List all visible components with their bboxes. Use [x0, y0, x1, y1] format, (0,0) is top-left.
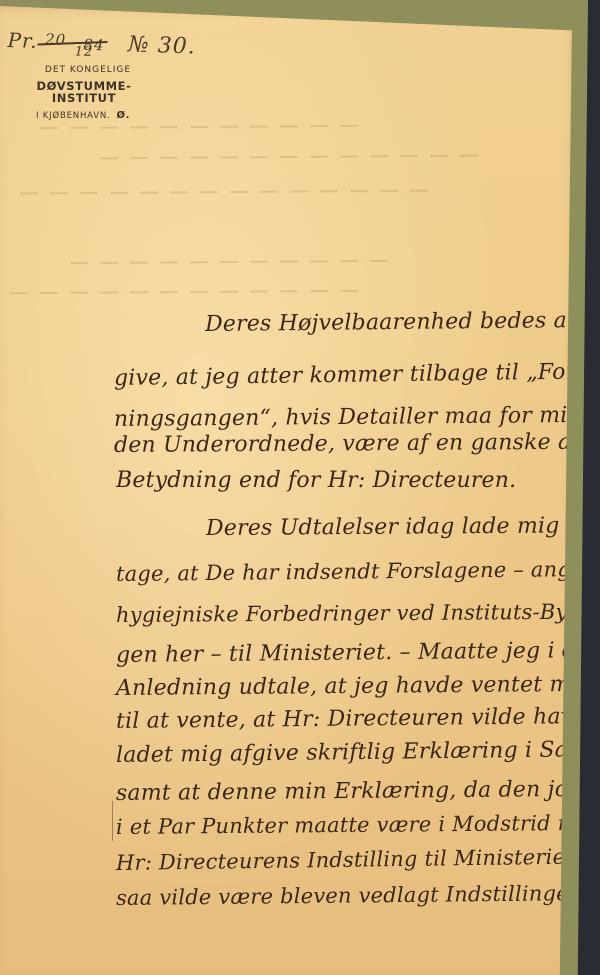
reference-day: 20 [45, 30, 67, 49]
reference-number: № 30. [128, 32, 197, 59]
body-line: give, at jeg atter kommer tilbage til „F… [114, 359, 600, 391]
letterhead-line-1: DET KONGELIGE [22, 66, 154, 75]
body-line: til at vente, at Hr: Directeuren vilde h… [116, 704, 587, 734]
body-line: tage, at De har indsendt Forslagene – an… [116, 556, 600, 586]
bleed-through-line [70, 260, 400, 264]
body-line: ladet mig afgive skriftlig Erklæring i S… [116, 737, 600, 768]
body-line: den Underordnede, være af en ganske ande… [114, 429, 600, 458]
document-scan: Pr. 20 12 84 № 30. DET KONGELIGE DØVSTUM… [0, 0, 600, 975]
letterhead-line-3: I KJØBENHAVN.Ø. [14, 111, 154, 121]
body-line: i et Par Punkter maatte være i Modstrid … [116, 811, 600, 839]
reference-prefix: Pr. [7, 28, 38, 53]
body-line: Betydning end for Hr: Directeuren. [116, 468, 516, 493]
body-line: ningsgangen“, hvis Detailler maa for mig… [114, 403, 589, 432]
body-line: Deres Højvelbaarenhed bedes at til- [205, 308, 600, 337]
body-line: saa vilde være bleven vedlagt Indstillin… [116, 881, 600, 910]
body-line: hygiejniske Forbedringer ved Instituts-B… [116, 599, 600, 627]
body-line: gen her – til Ministeriet. – Maatte jeg … [116, 638, 600, 668]
letterhead-line-2: DØVSTUMME-INSTITUT [14, 81, 154, 104]
body-line: Anledning udtale, at jeg havde ventet mi… [116, 672, 592, 701]
letterhead-district: Ø. [116, 110, 130, 121]
bleed-through-line [20, 190, 440, 195]
bleed-through-line [40, 125, 360, 129]
letterhead-city: I KJØBENHAVN. [36, 111, 110, 121]
body-line: Hr: Directeurens Indstilling til Ministe… [116, 844, 599, 875]
reference-mark: Pr. 20 12 84 № 30. [7, 28, 196, 60]
reference-month: 12 [74, 44, 93, 60]
letterhead: DET KONGELIGE DØVSTUMME-INSTITUT I KJØBE… [14, 66, 154, 121]
bleed-through-line [10, 290, 370, 295]
body-line: samt at denne min Erklæring, da den jo [116, 777, 568, 806]
letter-page: Pr. 20 12 84 № 30. DET KONGELIGE DØVSTUM… [0, 6, 580, 975]
bleed-through-line [100, 155, 480, 160]
body-line: Deres Udtalelser idag lade mig an- [206, 513, 600, 541]
margin-mark [112, 801, 113, 841]
